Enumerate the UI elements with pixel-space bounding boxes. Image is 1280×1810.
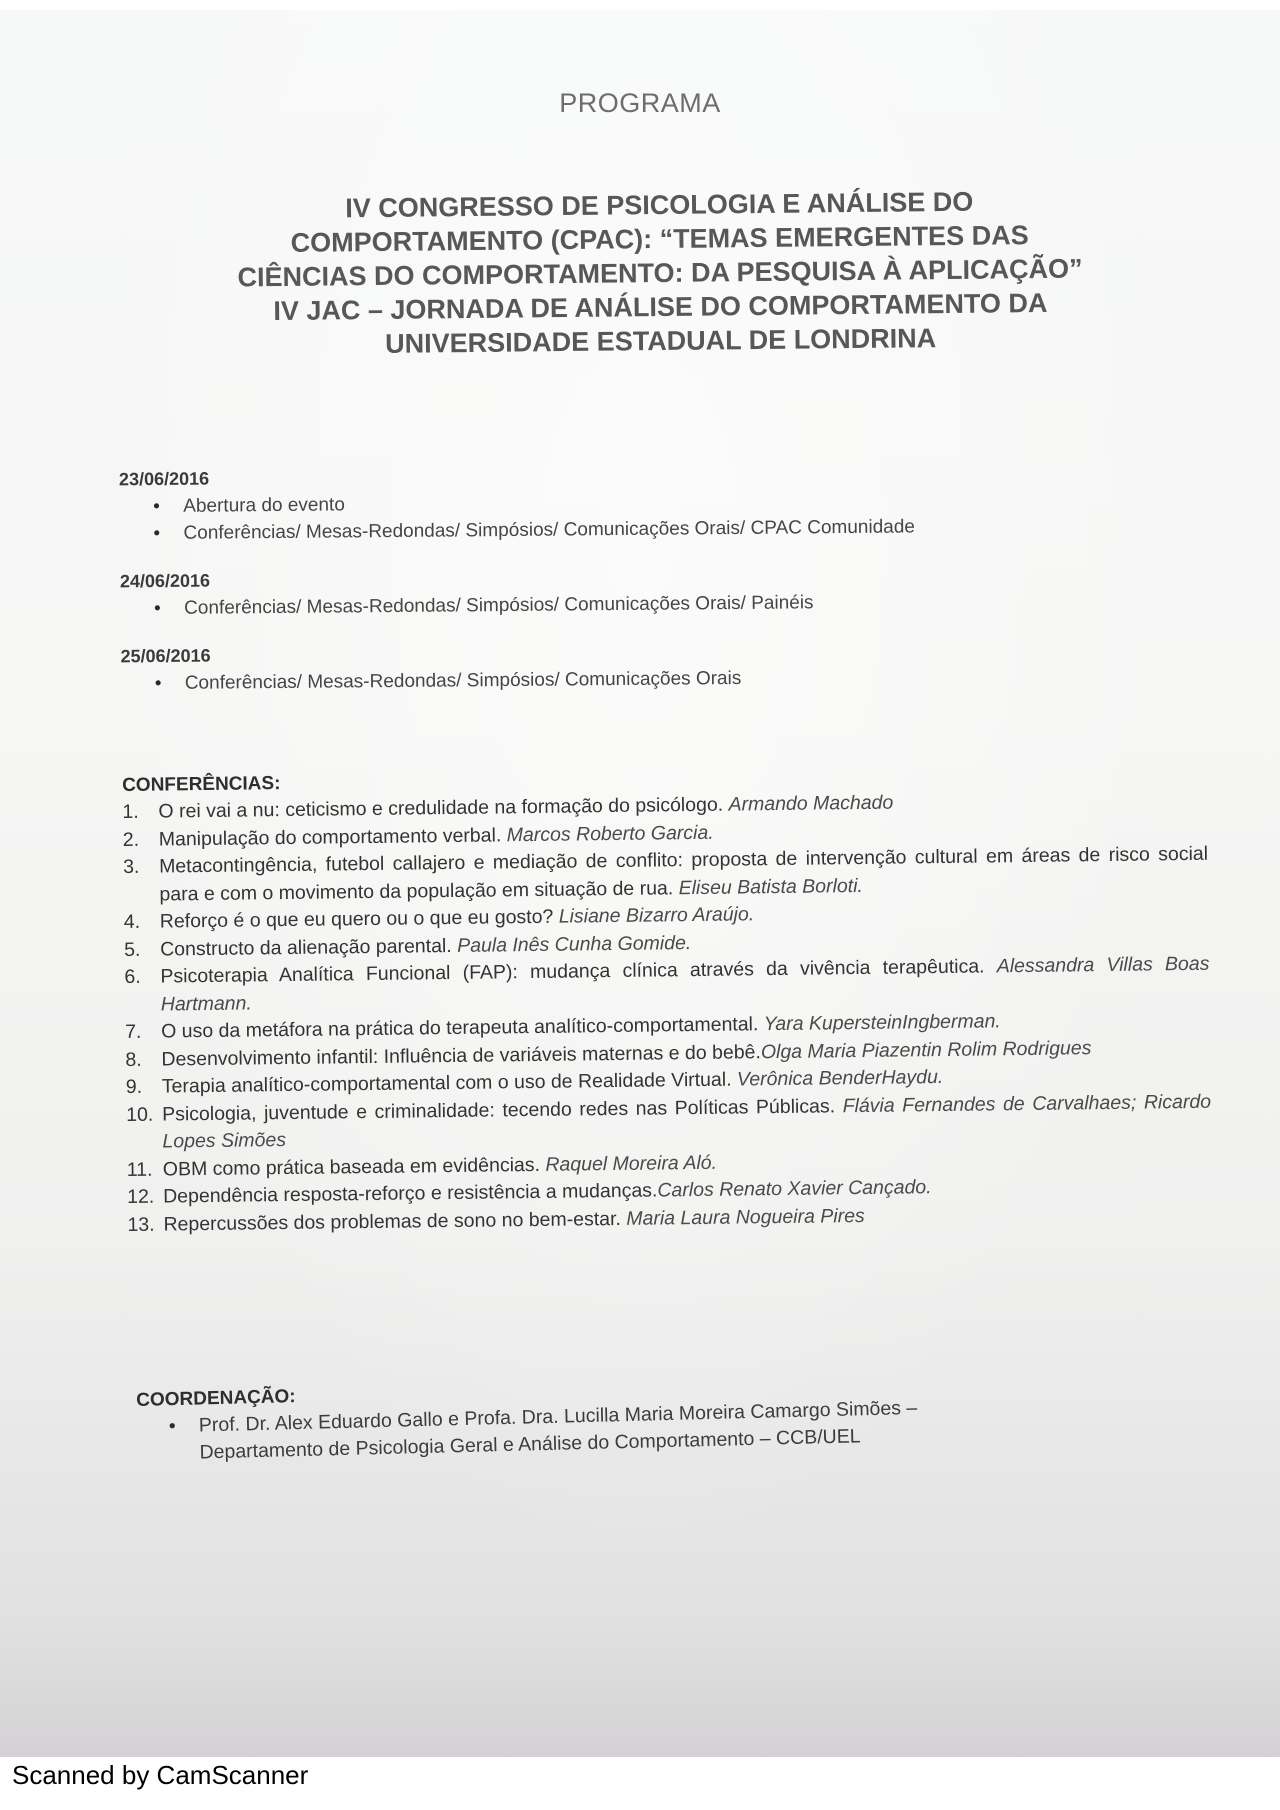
conference-title: Psicologia, juventude e criminalidade: t… (162, 1095, 843, 1125)
conference-number: 7. (125, 1019, 142, 1047)
activity-item: Conferências/ Mesas-Redondas/ Simpósios/… (155, 662, 1121, 697)
conference-title: Desenvolvimento infantil: Influência de … (161, 1041, 761, 1070)
conference-title: Manipulação do comportamento verbal. (159, 824, 507, 850)
conference-speaker: Raquel Moreira Aló. (545, 1151, 717, 1175)
activity-item: Conferências/ Mesas-Redondas/ Simpósios/… (154, 587, 1120, 622)
scanner-watermark: Scanned by CamScanner (12, 1760, 308, 1791)
conference-number: 4. (124, 909, 141, 937)
conference-speaker: Armando Machado (728, 792, 893, 816)
conference-title: Repercussões dos problemas de sono no be… (163, 1207, 626, 1235)
conference-number: 11. (127, 1156, 153, 1184)
conference-number: 6. (124, 964, 141, 992)
conference-title: Terapia analítico-comportamental com o u… (162, 1069, 737, 1098)
scanned-page: PROGRAMA IV CONGRESSO DE PSICOLOGIA E AN… (0, 10, 1280, 1757)
conference-speaker: Olga Maria Piazentin Rolim Rodrigues (761, 1037, 1092, 1063)
conference-title: Reforço é o que eu quero ou o que eu gos… (160, 906, 559, 933)
day-activities: Conferências/ Mesas-Redondas/ Simpósios/… (121, 662, 1121, 698)
conference-number: 8. (125, 1046, 142, 1074)
schedule-day: 24/06/2016 Conferências/ Mesas-Redondas/… (120, 563, 1120, 623)
event-title: IV CONGRESSO DE PSICOLOGIA E ANÁLISE DO … (159, 183, 1161, 363)
schedule: 23/06/2016 Abertura do evento Conferênci… (119, 461, 1121, 722)
schedule-day: 25/06/2016 Conferências/ Mesas-Redondas/… (120, 638, 1120, 698)
conference-speaker: Paula Inês Cunha Gomide. (457, 932, 691, 957)
conference-number: 10. (126, 1101, 153, 1129)
conference-number: 3. (123, 854, 140, 882)
day-activities: Abertura do evento Conferências/ Mesas-R… (119, 485, 1119, 548)
conference-number: 5. (124, 936, 141, 964)
conference-speaker: Marcos Roberto Garcia. (507, 821, 714, 846)
conference-title: Constructo da alienação parental. (160, 934, 457, 960)
schedule-day: 23/06/2016 Abertura do evento Conferênci… (119, 461, 1120, 548)
conference-speaker: Yara KupersteinIngberman. (764, 1010, 1001, 1035)
conference-number: 13. (127, 1211, 154, 1239)
document-title: PROGRAMA (0, 88, 1280, 119)
conference-speaker: Eliseu Batista Borloti. (679, 874, 864, 898)
conference-speaker: Carlos Renato Xavier Cançado. (657, 1176, 931, 1201)
conference-title: Dependência resposta-reforço e resistênc… (163, 1179, 658, 1207)
coordination-section: COORDENAÇÃO: Prof. Dr. Alex Eduardo Gall… (136, 1364, 1218, 1468)
conference-number: 2. (123, 826, 140, 854)
conference-title: O uso da metáfora na prática do terapeut… (161, 1013, 764, 1042)
conference-speaker: Lisiane Bizarro Araújo. (559, 903, 755, 927)
conference-number: 9. (126, 1074, 143, 1102)
day-activities: Conferências/ Mesas-Redondas/ Simpósios/… (120, 587, 1120, 623)
conference-title: OBM como prática baseada em evidências. (163, 1153, 546, 1180)
conference-list: 1.O rei vai a nu: ceticismo e credulidad… (122, 786, 1212, 1239)
conferences-section: CONFERÊNCIAS: 1.O rei vai a nu: ceticism… (122, 762, 1213, 1239)
conference-speaker: Verônica BenderHaydu. (737, 1066, 944, 1091)
conference-title: O rei vai a nu: ceticismo e credulidade … (158, 794, 728, 823)
conference-speaker: Maria Laura Nogueira Pires (626, 1204, 865, 1229)
conference-number: 12. (127, 1184, 154, 1212)
conference-number: 1. (122, 799, 139, 827)
